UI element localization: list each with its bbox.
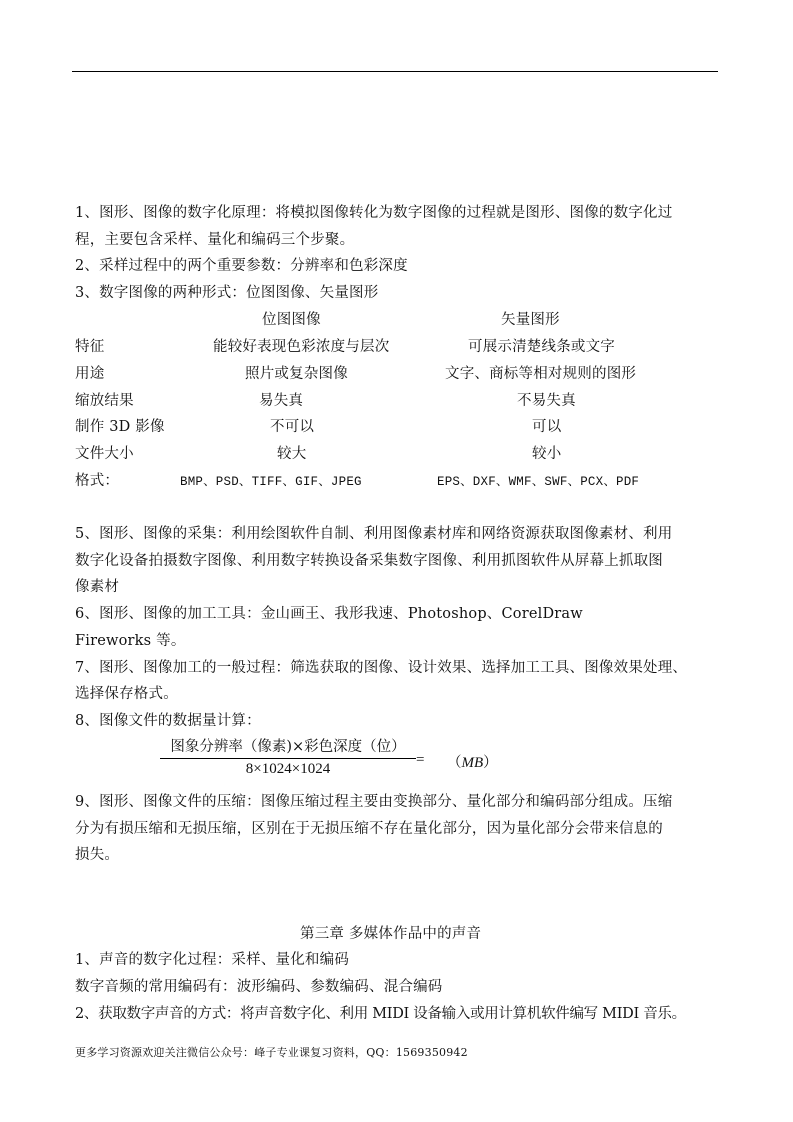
item-6-line-1: 6、图形、图像的加工工具：金山画王、我形我速、Photoshop、CorelDr… — [75, 605, 583, 623]
table-row-label: 缩放结果 — [75, 392, 134, 410]
table-row-label: 用途 — [75, 365, 104, 383]
formula-unit: （MB） — [447, 751, 498, 772]
table-row-label: 文件大小 — [75, 445, 134, 463]
item-7-line-2: 选择保存格式。 — [75, 685, 178, 703]
item-3: 3、数字图像的两种形式：位图图像、矢量图形 — [75, 284, 378, 302]
header-rule — [72, 71, 718, 72]
table-cell: 易失真 — [259, 392, 303, 410]
item-5-line-3: 像素材 — [75, 578, 119, 596]
item-9-line-1: 9、图形、图像文件的压缩：图像压缩过程主要由变换部分、量化部分和编码部分组成。压… — [75, 793, 672, 811]
chapter-3-item-1b: 数字音频的常用编码有：波形编码、参数编码、混合编码 — [75, 978, 443, 996]
item-2: 2、采样过程中的两个重要参数：分辨率和色彩深度 — [75, 257, 408, 275]
item-6-line-2: Fireworks 等。 — [75, 632, 186, 650]
item-8: 8、图像文件的数据量计算： — [75, 712, 261, 730]
item-9-line-2: 分为有损压缩和无损压缩，区别在于无损压缩不存在量化部分，因为量化部分会带来信息的 — [75, 820, 663, 838]
table-cell: 较小 — [532, 445, 561, 463]
item-5-line-1: 5、图形、图像的采集：利用绘图软件自制、利用图像素材库和网络资源获取图像素材、利… — [75, 525, 672, 543]
unit-mb: MB — [462, 755, 484, 771]
item-7-line-1: 7、图形、图像加工的一般过程：筛选获取的图像、设计效果、选择加工工具、图像效果处… — [75, 659, 687, 677]
table-cell: 不易失真 — [517, 392, 576, 410]
formula-numerator: 图象分辨率（像素)×彩色深度（位） — [160, 738, 416, 759]
table-cell: BMP、PSD、TIFF、GIF、JPEG — [180, 473, 362, 491]
table-cell: 文字、商标等相对规则的图形 — [445, 365, 636, 383]
footer-note: 更多学习资源欢迎关注微信公众号：峰子专业课复习资料，QQ：1569350942 — [75, 1044, 468, 1062]
item-9-line-3: 损失。 — [75, 846, 119, 864]
formula-equals: = — [416, 752, 424, 769]
table-row-label: 格式： — [75, 472, 119, 490]
chapter-3-item-1: 1、声音的数字化过程：采样、量化和编码 — [75, 951, 349, 969]
table-cell: EPS、DXF、WMF、SWF、PCX、PDF — [437, 473, 639, 491]
unit-paren-open: （ — [447, 755, 462, 771]
chapter-3-title: 第三章 多媒体作品中的声音 — [300, 925, 481, 943]
data-size-formula: 图象分辨率（像素)×彩色深度（位） 8×1024×1024 — [160, 738, 416, 779]
table-header-vector: 矢量图形 — [501, 311, 560, 329]
item-5-line-2: 数字化设备拍摄数字图像、利用数字转换设备采集数字图像、利用抓图软件从屏幕上抓取图 — [75, 552, 663, 570]
formula-denominator: 8×1024×1024 — [160, 759, 416, 779]
item-1-line-2: 程，主要包含采样、量化和编码三个步聚。 — [75, 231, 354, 249]
table-row-label: 特征 — [75, 338, 104, 356]
chapter-3-item-2: 2、获取数字声音的方式：将声音数字化、利用 MIDI 设备输入或用计算机软件编写… — [75, 1005, 686, 1023]
unit-paren-close: ） — [483, 755, 498, 771]
table-row-label: 制作 3D 影像 — [75, 418, 165, 436]
item-1-line-1: 1、图形、图像的数字化原理：将模拟图像转化为数字图像的过程就是图形、图像的数字化… — [75, 204, 672, 222]
table-cell: 可展示清楚线条或文字 — [468, 338, 615, 356]
table-cell: 照片或复杂图像 — [245, 365, 348, 383]
table-cell: 能较好表现色彩浓度与层次 — [213, 338, 389, 356]
table-header-bitmap: 位图图像 — [262, 311, 321, 329]
table-cell: 较大 — [277, 445, 306, 463]
table-cell: 可以 — [532, 418, 561, 436]
table-cell: 不可以 — [270, 418, 314, 436]
